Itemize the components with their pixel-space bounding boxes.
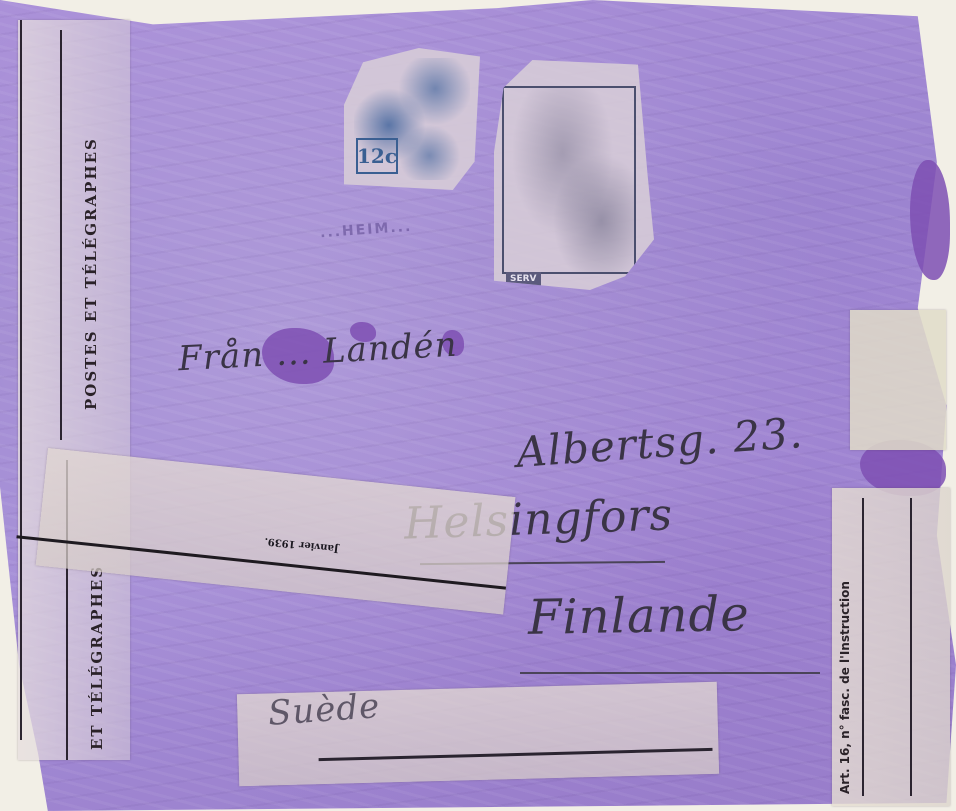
origin-country: Suède: [267, 686, 382, 734]
country-underline: [520, 672, 820, 674]
censor-label-upper: POSTES ET TÉLÉGRAPHES: [82, 80, 100, 410]
censor-date: Janvier 1939.: [264, 535, 339, 554]
tape-rule: [910, 498, 912, 796]
address-country: Finlande: [528, 586, 751, 646]
tape-rule: [862, 498, 864, 796]
stamp-value: 12c: [356, 138, 398, 174]
censor-tape-scrap: [850, 310, 946, 450]
tape-rule: [60, 30, 62, 440]
postage-stamp: SERV: [494, 60, 654, 290]
postage-stamp: 12c: [344, 48, 480, 190]
censor-tape-left: POSTES ET TÉLÉGRAPHES ET TÉLÉGRAPHES: [18, 20, 130, 760]
censor-tape-right: Art. 16, n° fasc. de l'Instruction: [832, 488, 950, 806]
stamp-frame: [502, 86, 636, 274]
tape-rule: [319, 748, 713, 761]
tape-rule: [20, 20, 22, 740]
censor-label-right: Art. 16, n° fasc. de l'Instruction: [838, 494, 852, 794]
